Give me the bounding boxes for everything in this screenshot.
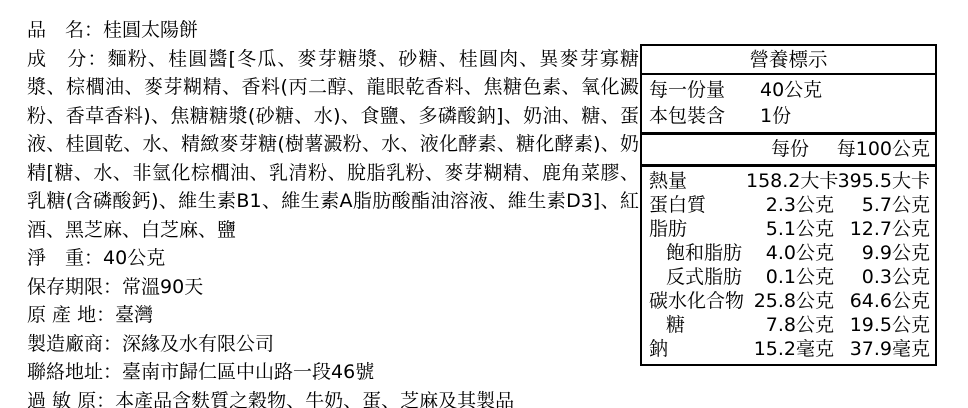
servings-per-package-row: 本包裝含 1份 xyxy=(642,103,935,129)
nutrition-row-sugar: 糖 7.8公克 19.5公克 xyxy=(642,313,935,337)
row-per-serving: 7.8公克 xyxy=(746,313,834,337)
origin-value: 臺灣 xyxy=(115,304,153,326)
row-label: 鈉 xyxy=(649,337,668,361)
servings-per-package-value: 1份 xyxy=(760,103,935,129)
serving-info-section: 每一份量 40公克 本包裝含 1份 xyxy=(642,75,935,135)
ingredients-value: 麵粉、桂圓醬[冬瓜、麥芽糖漿、砂糖、桂圓肉、異麥芽寡糖漿、棕櫚油、麥芽糊精、香料… xyxy=(27,48,639,241)
row-per-serving: 158.2大卡 xyxy=(746,169,834,193)
product-name-value: 桂圓太陽餅 xyxy=(103,19,198,41)
contact-address-field: 聯絡地址：臺南市歸仁區中山路一段46號 xyxy=(27,358,639,387)
nutrition-table: 營養標示 每一份量 40公克 本包裝含 1份 每份 每100公克 熱量 158.… xyxy=(640,44,937,366)
row-per-100g: 37.9毫克 xyxy=(834,337,930,361)
manufacturer-field: 製造廠商：深緣及水有限公司 xyxy=(27,330,639,359)
row-label: 熱量 xyxy=(649,169,687,193)
row-per-100g: 64.6公克 xyxy=(834,289,930,313)
nutrition-row-fat: 脂肪 5.1公克 12.7公克 xyxy=(642,217,935,241)
product-name-label: 品 名： xyxy=(27,19,103,41)
ingredients-field: 成 分：麵粉、桂圓醬[冬瓜、麥芽糖漿、砂糖、桂圓肉、異麥芽寡糖漿、棕櫚油、麥芽糊… xyxy=(27,45,639,245)
allergen-label: 過 敏 原： xyxy=(27,390,115,408)
row-per-100g: 0.3公克 xyxy=(834,265,930,289)
servings-per-package-label: 本包裝含 xyxy=(649,103,760,129)
row-label: 蛋白質 xyxy=(649,193,706,217)
nutrition-row-trans-fat: 反式脂肪 0.1公克 0.3公克 xyxy=(642,265,935,289)
row-per-100g: 12.7公克 xyxy=(834,217,930,241)
net-weight-value: 40公克 xyxy=(103,247,165,269)
row-per-100g: 9.9公克 xyxy=(834,241,930,265)
per-serving-column-header: 每份 xyxy=(746,135,834,164)
row-label: 飽和脂肪 xyxy=(649,241,742,265)
nutrition-rows: 熱量 158.2大卡 395.5大卡 蛋白質 2.3公克 5.7公克 脂肪 5.… xyxy=(642,167,935,364)
shelf-life-value: 常溫90天 xyxy=(122,276,203,298)
nutrition-row-carbohydrate: 碳水化合物 25.8公克 64.6公克 xyxy=(642,289,935,313)
nutrition-row-saturated-fat: 飽和脂肪 4.0公克 9.9公克 xyxy=(642,241,935,265)
row-per-serving: 2.3公克 xyxy=(746,193,834,217)
origin-field: 原 產 地：臺灣 xyxy=(27,301,639,330)
nutrition-title: 營養標示 xyxy=(642,46,935,75)
allergen-field: 過 敏 原：本產品含麩質之穀物、牛奶、蛋、芝麻及其製品 xyxy=(27,387,639,408)
row-label: 糖 xyxy=(649,313,685,337)
row-label: 脂肪 xyxy=(649,217,687,241)
per-100g-column-header: 每100公克 xyxy=(834,135,930,164)
product-info-section: 品 名：桂圓太陽餅 成 分：麵粉、桂圓醬[冬瓜、麥芽糖漿、砂糖、桂圓肉、異麥芽寡… xyxy=(27,16,639,408)
shelf-life-field: 保存期限：常溫90天 xyxy=(27,273,639,302)
nutrition-row-sodium: 鈉 15.2毫克 37.9毫克 xyxy=(642,337,935,361)
serving-size-row: 每一份量 40公克 xyxy=(642,77,935,103)
row-per-serving: 5.1公克 xyxy=(746,217,834,241)
row-label: 反式脂肪 xyxy=(649,265,742,289)
product-label-page: 品 名：桂圓太陽餅 成 分：麵粉、桂圓醬[冬瓜、麥芽糖漿、砂糖、桂圓肉、異麥芽寡… xyxy=(0,0,968,408)
ingredients-label: 成 分： xyxy=(27,48,108,70)
nutrition-row-protein: 蛋白質 2.3公克 5.7公克 xyxy=(642,193,935,217)
row-per-serving: 4.0公克 xyxy=(746,241,834,265)
row-per-serving: 15.2毫克 xyxy=(746,337,834,361)
column-header-row: 每份 每100公克 xyxy=(642,135,935,167)
row-per-100g: 5.7公克 xyxy=(834,193,930,217)
manufacturer-value: 深緣及水有限公司 xyxy=(122,333,274,355)
contact-address-value: 臺南市歸仁區中山路一段46號 xyxy=(122,361,374,383)
product-name-field: 品 名：桂圓太陽餅 xyxy=(27,16,639,45)
manufacturer-label: 製造廠商： xyxy=(27,333,122,355)
net-weight-field: 淨 重：40公克 xyxy=(27,244,639,273)
net-weight-label: 淨 重： xyxy=(27,247,103,269)
row-per-serving: 25.8公克 xyxy=(746,289,834,313)
shelf-life-label: 保存期限： xyxy=(27,276,122,298)
row-label: 碳水化合物 xyxy=(649,289,744,313)
contact-address-label: 聯絡地址： xyxy=(27,361,122,383)
row-per-100g: 395.5大卡 xyxy=(834,169,930,193)
row-per-serving: 0.1公克 xyxy=(746,265,834,289)
allergen-value: 本產品含麩質之穀物、牛奶、蛋、芝麻及其製品 xyxy=(115,390,514,408)
serving-size-label: 每一份量 xyxy=(649,77,760,103)
serving-size-value: 40公克 xyxy=(760,77,935,103)
nutrition-row-calories: 熱量 158.2大卡 395.5大卡 xyxy=(642,169,935,193)
origin-label: 原 產 地： xyxy=(27,304,115,326)
row-per-100g: 19.5公克 xyxy=(834,313,930,337)
